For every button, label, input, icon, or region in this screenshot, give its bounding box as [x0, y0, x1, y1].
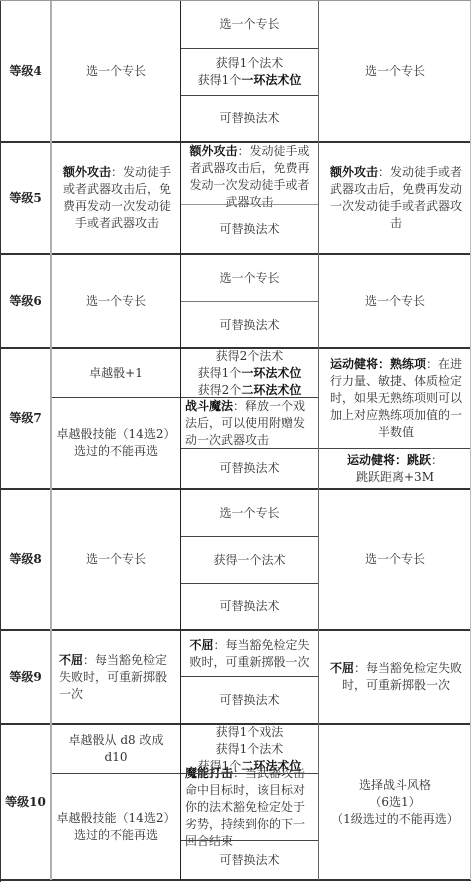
- level-label: 等级6: [0, 255, 51, 348]
- col3-cell-proficiency: 运动健将：熟练项：在进行力量、敏捷、体质检定时，如果无熟练项则可以加上对应熟练项…: [321, 349, 471, 448]
- row-divider: [0, 347, 471, 349]
- spell-slot-line: 获得1个一环法术位: [198, 72, 302, 89]
- feature-name: 不屈: [189, 638, 213, 652]
- col2-cell-replace: 可替换法术: [181, 449, 318, 488]
- col1-cell: 额外攻击：发动徒手或者武器攻击后，免费再发动一次发动徒手或者武器攻击: [55, 142, 179, 254]
- fighting-style-count: （6选1）: [369, 794, 420, 811]
- col1-cell: 选一个专长: [52, 1, 180, 141]
- col1-cell-dice: 卓越骰+1: [52, 349, 180, 397]
- spell-line: 获得2个法术: [216, 348, 284, 365]
- col3-cell: 额外攻击：发动徒手或者武器攻击后，免费再发动一次发动徒手或者武器攻击: [321, 142, 471, 254]
- col2-cell-spells: 获得1个法术 获得1个一环法术位: [181, 49, 318, 95]
- col1-cell: 选一个专长: [52, 255, 180, 348]
- table-row-level-6: 等级6 选一个专长 选一个专长 可替换法术 选一个专长: [0, 255, 471, 348]
- row-divider: [0, 723, 471, 725]
- skills-note: 选过的不能再选: [74, 827, 158, 844]
- col2-cell-replace: 可替换法术: [181, 96, 318, 141]
- col1-cell-dice: 卓越骰从 d8 改成 d10: [52, 725, 180, 773]
- col3-cell: 不屈：每当豁免检定失败时，可重新掷骰一次: [321, 631, 471, 723]
- row-divider: [0, 488, 471, 490]
- col1-cell-skills: 卓越骰技能（14选2） 选过的不能再选: [52, 398, 180, 488]
- feature-name: 额外攻击: [189, 144, 237, 158]
- feature-name: 额外攻击: [63, 165, 111, 179]
- skills-line: 卓越骰技能（14选2）: [57, 426, 176, 443]
- table-row-level-5: 等级5 额外攻击：发动徒手或者武器攻击后，免费再发动一次发动徒手或者武器攻击 额…: [0, 142, 471, 254]
- level-label: 等级4: [0, 1, 51, 141]
- col2-cell-feature: 额外攻击：发动徒手或者武器攻击后，免费再发动一次发动徒手或者武器攻击: [181, 142, 318, 204]
- col2-cell-feature: 不屈：每当豁免检定失败时，可重新掷骰一次: [181, 631, 318, 676]
- col3-cell: 选一个专长: [319, 1, 471, 141]
- feature-name: 额外攻击: [330, 165, 378, 179]
- table-row-level-10: 等级10 卓越骰从 d8 改成 d10 卓越骰技能（14选2） 选过的不能再选 …: [0, 725, 471, 880]
- col2-cell-replace: 可替换法术: [181, 677, 318, 723]
- col2-cell-feature: 战斗魔法：释放一个戏法后，可以使用附赠发动一次武器攻击: [181, 398, 318, 448]
- level-label: 等级10: [0, 725, 51, 880]
- col1-cell: 选一个专长: [52, 490, 180, 629]
- col3-cell-jump: 运动健将：跳跃： 跳跃距离+3M: [319, 449, 471, 488]
- feature-name: 不屈: [330, 661, 354, 675]
- spell-line: 获得1个法术: [216, 741, 284, 758]
- col3-cell: 选一个专长: [319, 490, 471, 629]
- table-row-level-4: 等级4 选一个专长 选一个专长 获得1个法术 获得1个一环法术位 可替换法术 选…: [0, 1, 471, 141]
- level-label: 等级9: [0, 631, 51, 723]
- table-row-level-7: 等级7 卓越骰+1 卓越骰技能（14选2） 选过的不能再选 获得2个法术 获得1…: [0, 349, 471, 488]
- feature-name: 运动健将：跳跃: [347, 453, 431, 467]
- col2-cell-feature: 魔能打击：当武器攻击命中目标时，该目标对你的法术豁免检定处于劣势，持续到你的下一…: [181, 774, 318, 840]
- feature-desc: 跳跃距离+3M: [356, 469, 434, 486]
- skills-note: 选过的不能再选: [74, 443, 158, 460]
- skills-line: 卓越骰技能（14选2）: [57, 810, 176, 827]
- col-divider: [318, 1, 319, 880]
- table-row-level-9: 等级9 不屈：每当豁免检定失败时，可重新掷骰一次 不屈：每当豁免检定失败时，可重…: [0, 631, 471, 723]
- spell-line: 获得1个法术: [216, 55, 284, 72]
- col1-cell: 不屈：每当豁免检定失败时，可重新掷骰一次: [55, 631, 179, 723]
- fighting-style-title: 选择战斗风格: [359, 777, 431, 794]
- col2-cell-feat: 选一个专长: [181, 490, 318, 536]
- col1-cell-skills: 卓越骰技能（14选2） 选过的不能再选: [52, 774, 180, 880]
- col2-cell-feat: 选一个专长: [181, 1, 318, 48]
- col3-cell: 选一个专长: [319, 255, 471, 348]
- feature-name: 不屈: [59, 653, 83, 667]
- spell-slot-line: 获得1个一环法术位: [198, 365, 302, 382]
- level-label: 等级5: [0, 142, 51, 254]
- feature-name: 战斗魔法: [185, 399, 233, 413]
- spell-slot-line: 获得2个二环法术位: [198, 382, 302, 399]
- col2-cell-replace: 可替换法术: [181, 841, 318, 880]
- col-divider: [0, 1, 1, 881]
- col2-cell-spells: 获得2个法术 获得1个一环法术位 获得2个二环法术位: [181, 349, 318, 397]
- col2-cell-replace: 可替换法术: [181, 205, 318, 254]
- feature-name: 运动健将：熟练项: [330, 357, 426, 371]
- feature-colon: ：: [431, 453, 443, 467]
- col-divider: [180, 1, 181, 880]
- col2-cell-spell: 获得一个法术: [181, 537, 318, 583]
- col2-cell-replace: 可替换法术: [181, 584, 318, 629]
- fighting-style-note: （1级选过的不能再选）: [331, 811, 459, 828]
- col3-cell-fighting-style: 选择战斗风格 （6选1） （1级选过的不能再选）: [319, 725, 471, 880]
- row-divider: [0, 629, 471, 631]
- row-divider: [0, 253, 471, 255]
- table-row-level-8: 等级8 选一个专长 选一个专长 获得一个法术 可替换法术 选一个专长: [0, 490, 471, 629]
- col-divider: [50, 1, 52, 880]
- col2-cell-replace: 可替换法术: [181, 302, 318, 348]
- row-divider: [0, 141, 471, 143]
- level-label: 等级8: [0, 490, 51, 629]
- cantrip-line: 获得1个戏法: [216, 724, 284, 741]
- level-label: 等级7: [0, 349, 51, 488]
- level-progression-table: 等级4 选一个专长 选一个专长 获得1个法术 获得1个一环法术位 可替换法术 选…: [0, 0, 471, 881]
- col2-cell-feat: 选一个专长: [181, 255, 318, 301]
- feature-desc: ：每当豁免检定失败时，可重新掷骰一次: [342, 661, 462, 692]
